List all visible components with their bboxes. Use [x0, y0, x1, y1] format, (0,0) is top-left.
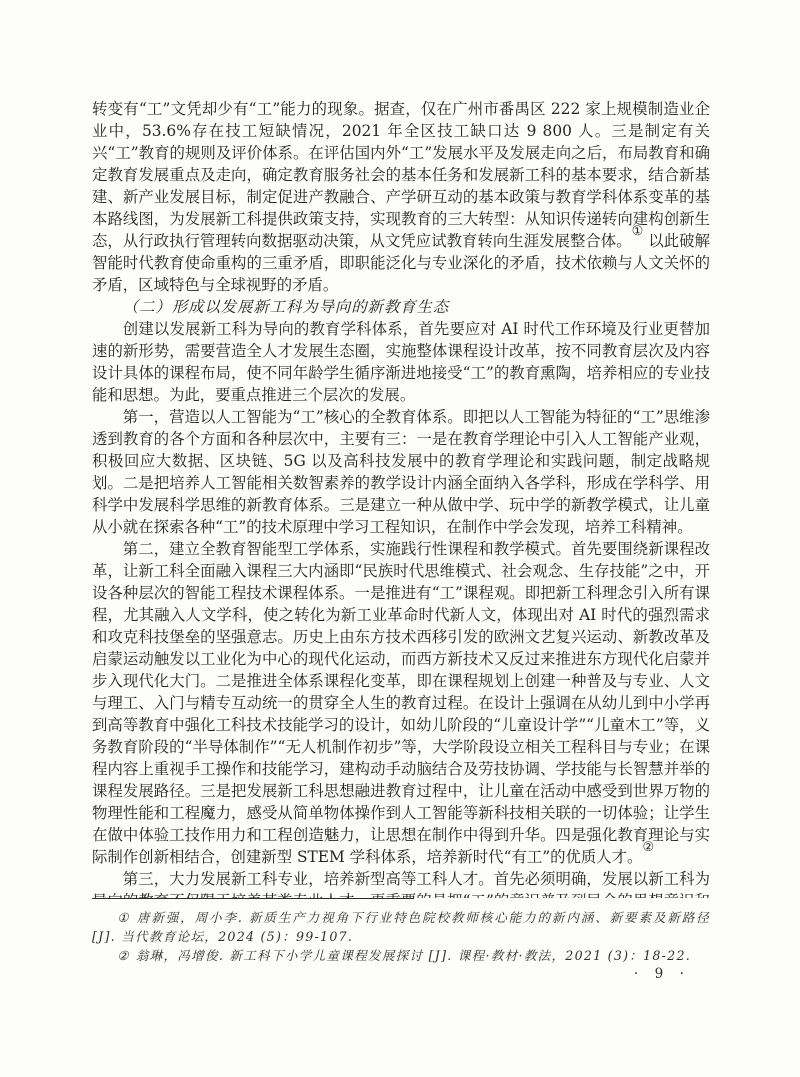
body-paragraph: 第二，建立全教育智能型工学体系，实施践行性课程和教学模式。首先要围绕新课程改革，…	[92, 538, 710, 868]
body-text: 转变有“工”文凭却少有“工”能力的现象。据查，仅在广州市番禺区 222 家上规模…	[92, 98, 710, 898]
body-paragraph: 第一，营造以人工智能为“工”核心的全教育体系。即把以人工智能为特征的“工”思维渗…	[92, 406, 710, 538]
body-paragraph: 第三，大力发展新工科专业，培养新型高等工科人才。首先必须明确，发展以新工科为导向…	[92, 868, 710, 898]
footnote: ② 翁琳，冯增俊. 新工科下小学儿童课程发展探讨 [J]. 课程·教材·教法，2…	[92, 946, 710, 965]
footnote: ① 唐新强，周小李. 新质生产力视角下行业特色院校教师核心能力的新内涵、新要素及…	[92, 908, 710, 946]
document-page: 转变有“工”文凭却少有“工”能力的现象。据查，仅在广州市番禺区 222 家上规模…	[0, 0, 800, 1077]
footnote-reference: ①	[632, 224, 644, 239]
footnote-list: ① 唐新强，周小李. 新质生产力视角下行业特色院校教师核心能力的新内涵、新要素及…	[92, 908, 710, 965]
footnote-reference: ②	[642, 840, 654, 855]
footnote-marker: ①	[117, 910, 131, 925]
body-paragraph: 转变有“工”文凭却少有“工”能力的现象。据查，仅在广州市番禺区 222 家上规模…	[92, 98, 710, 296]
footnote-block: ① 唐新强，周小李. 新质生产力视角下行业特色院校教师核心能力的新内涵、新要素及…	[92, 898, 710, 965]
section-heading: （二）形成以发展新工科为导向的新教育生态	[92, 296, 710, 318]
body-paragraph: 创建以发展新工科为导向的教育学科体系，首先要应对 AI 时代工作环境及行业更替加…	[92, 318, 710, 406]
page-number: · 9 ·	[92, 966, 690, 982]
footnote-marker: ②	[117, 948, 130, 963]
footnote-separator	[92, 898, 414, 899]
